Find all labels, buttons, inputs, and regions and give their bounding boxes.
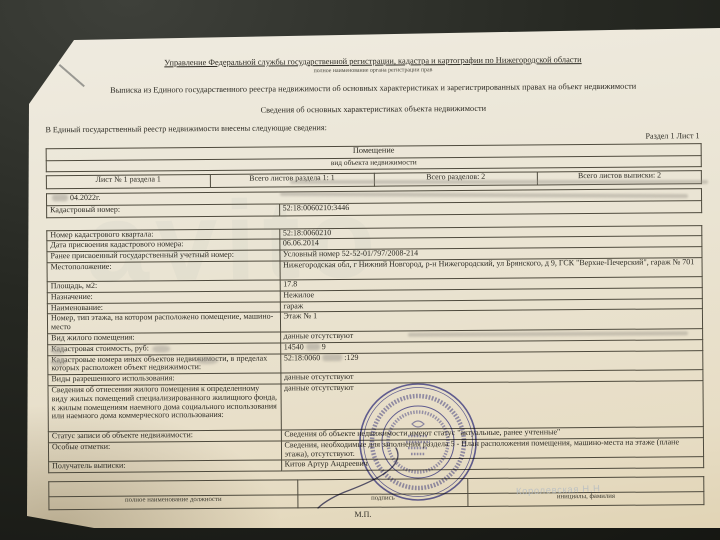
object-type-table: Помещение вид объекта недвижимости (46, 143, 702, 172)
row-floor-label: Номер, тип этажа, на котором расположено… (47, 312, 280, 333)
section-title: Сведения об основных характеристиках объ… (45, 102, 701, 116)
row-cadastral-cost-value-tail: 9 (322, 342, 326, 351)
row-cadastral-cost-label-text: Кадастровая стоимость, руб: (51, 343, 149, 353)
row-other-objects-value-tail: :129 (344, 352, 358, 361)
redaction-smudge (152, 345, 170, 352)
redaction-smudge (306, 344, 320, 351)
cadastral-number-value: 52:18:0060210:3446 (279, 200, 702, 215)
photo-background: avito Управление Федеральной службы госу… (0, 0, 720, 540)
row-other-objects-label-text: Кадастровые номера иных объектов недвижи… (51, 354, 267, 373)
redaction-smudge (322, 354, 342, 361)
sheet-col-3: Всего разделов: 2 (374, 172, 538, 186)
document-paper: avito Управление Федеральной службы госу… (22, 28, 720, 528)
row-other-objects-value-text: 52:18:0060 (284, 353, 321, 362)
redaction-smudge (290, 180, 708, 184)
signature-stroke (310, 440, 422, 512)
row-cadastral-cost-value-text: 14540 (284, 342, 304, 351)
sheet-col-1: Лист № 1 раздела 1 (46, 174, 210, 188)
cadastral-number-label: Кадастровый номер: (47, 204, 280, 218)
redaction-smudge (52, 194, 68, 201)
document-title: Выписка из Единого государственного реес… (45, 81, 701, 96)
redaction-smudge (196, 357, 218, 364)
position-caption: полное наименование должности (49, 495, 298, 510)
row-other-objects-label: Кадастровые номера иных объектов недвижи… (48, 354, 281, 375)
row-housing-fund-label: Сведения об отнесении жилого помещения к… (48, 384, 281, 432)
row-special-notes-label: Особые отметки: (48, 441, 281, 462)
row-location-label: Местоположение: (47, 261, 280, 282)
row-housing-fund-value: данные отсутствуют (281, 381, 704, 430)
row-recipient-label: Получатель выписки: (49, 460, 282, 473)
redaction-smudge (50, 358, 66, 366)
extract-date: 04.2022г. (70, 192, 100, 201)
redaction-smudge (50, 346, 65, 354)
